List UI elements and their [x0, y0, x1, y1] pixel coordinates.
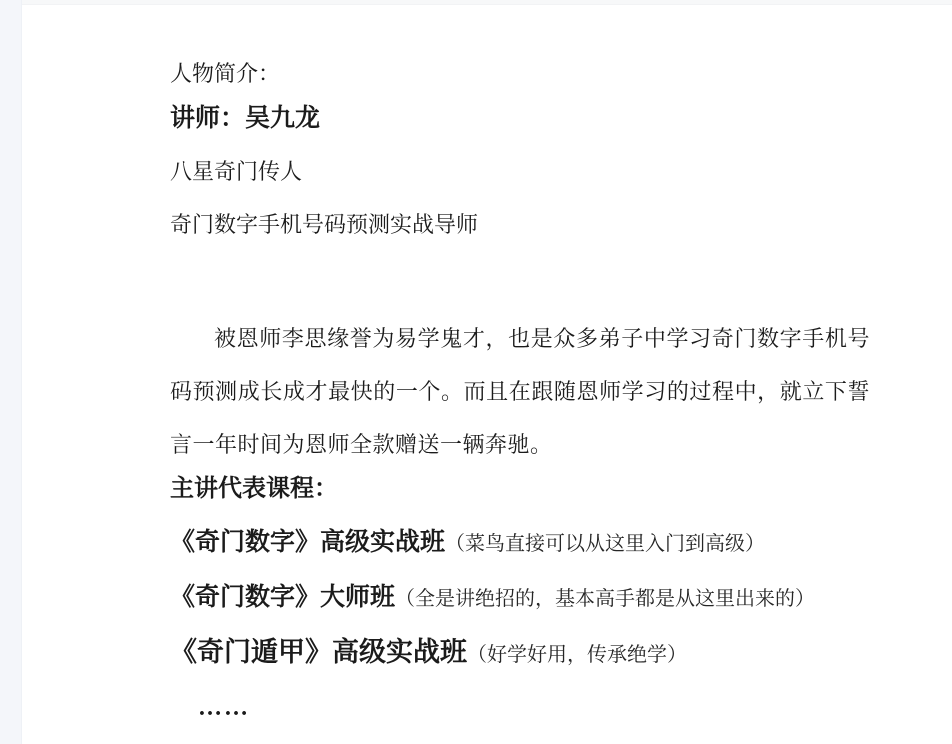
lecturer-heading: 讲师：吴九龙	[170, 92, 870, 145]
course-note: （好学好用，传承绝学）	[467, 644, 687, 666]
course-title: 《奇门数字》大师班	[170, 584, 395, 611]
blank-line	[170, 251, 870, 304]
viewer-canvas-edge-left	[0, 0, 22, 744]
document-page: 人物简介： 讲师：吴九龙 八星奇门传人 奇门数字手机号码预测实战导师 被恩师李思…	[170, 47, 870, 735]
subtitle-line-lineage: 八星奇门传人	[170, 145, 870, 198]
viewer-canvas-edge-top	[22, 0, 952, 5]
course-note: （菜鸟直接可以从这里入门到高级）	[445, 533, 765, 555]
course-item: 《奇门数字》高级实战班（菜鸟直接可以从这里入门到高级）	[170, 516, 870, 571]
course-title: 《奇门遁甲》高级实战班	[170, 637, 467, 667]
document-viewer: 人物简介： 讲师：吴九龙 八星奇门传人 奇门数字手机号码预测实战导师 被恩师李思…	[0, 0, 952, 744]
bio-paragraph: 被恩师李思缘誉为易学鬼才，也是众多弟子中学习奇门数字手机号码预测成长成才最快的一…	[170, 312, 870, 471]
course-note: （全是讲绝招的，基本高手都是从这里出来的）	[395, 588, 815, 610]
course-item: 《奇门遁甲》高级实战班（好学好用，传承绝学）	[170, 626, 870, 682]
ellipsis-line: ……	[198, 682, 870, 735]
course-title: 《奇门数字》高级实战班	[170, 529, 445, 556]
subtitle-line-mentor: 奇门数字手机号码预测实战导师	[170, 198, 870, 251]
course-item: 《奇门数字》大师班（全是讲绝招的，基本高手都是从这里出来的）	[170, 571, 870, 626]
